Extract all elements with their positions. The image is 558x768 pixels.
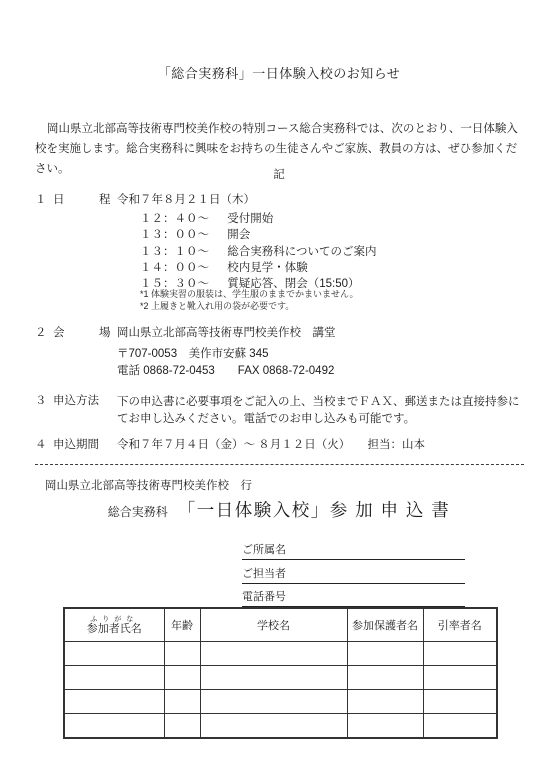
venue-address-block: 〒707-0053 美作市安蘇 345 電話 0868-72-0453 FAX … xyxy=(117,346,334,379)
form-field-contact-person: ご担当者 xyxy=(242,567,465,584)
table-cell-empty xyxy=(164,690,200,714)
venue-name: 岡山県立北部高等技術専門校美作校 講堂 xyxy=(117,326,336,340)
table-cell-empty xyxy=(423,714,497,739)
table-row xyxy=(64,714,497,739)
section-schedule: １ 日 程 令和７年８月２１日（木） xyxy=(35,193,255,207)
table-cell-empty xyxy=(64,690,164,714)
table-cell-empty xyxy=(64,714,164,739)
header-chaperone-name: 引率者名 xyxy=(423,608,497,642)
applicants-table: ふりがな 参加者氏名 年齢 学校名 参加保護者名 引率者名 xyxy=(63,607,498,739)
table-cell-empty xyxy=(200,690,347,714)
section-schedule-number: １ xyxy=(35,193,53,207)
schedule-date: 令和７年８月２１日（木） xyxy=(117,193,255,207)
application-period-text: 令和７年７月４日（金）～ ８月１２日（火） 担当：山本 xyxy=(117,438,425,452)
form-addressee-line: 岡山県立北部高等技術専門校美作校 行 xyxy=(45,477,252,493)
table-cell-empty xyxy=(64,666,164,690)
header-participant-name: ふりがな 参加者氏名 xyxy=(64,608,164,642)
form-field-label: 電話番号 xyxy=(242,591,286,603)
schedule-label: 総合実務科についてのご案内 xyxy=(227,246,376,258)
schedule-item: １３：００～ 開会 xyxy=(140,227,376,243)
document-page: 「総合実務科」一日体験入校のお知らせ 岡山県立北部高等技術専門校美作校の特別コー… xyxy=(0,0,558,768)
section-venue: ２ 会 場 岡山県立北部高等技術専門校美作校 講堂 xyxy=(35,326,336,340)
section-schedule-label: 日 程 xyxy=(53,193,117,207)
schedule-time: １４：００～ xyxy=(140,260,224,276)
form-field-label: ご所属名 xyxy=(242,544,286,556)
table-cell-empty xyxy=(200,714,347,739)
document-title: 「総合実務科」一日体験入校のお知らせ xyxy=(0,63,558,82)
section-application-period: ４ 申込期間 令和７年７月４日（金）～ ８月１２日（火） 担当：山本 xyxy=(35,438,425,452)
schedule-time: １３：００～ xyxy=(140,227,224,243)
cut-line-dashed-separator xyxy=(35,464,524,465)
section-venue-label: 会 場 xyxy=(53,326,117,340)
section-method-label: 申込方法 xyxy=(53,394,117,427)
table-cell-empty xyxy=(164,666,200,690)
table-cell-empty xyxy=(200,642,347,666)
form-fill-in-fields: ご所属名 ご担当者 電話番号 xyxy=(242,543,465,614)
form-title-main: 「一日体験入校」参 加 申 込 書 xyxy=(178,500,450,520)
furigana-ruby: ふりがな xyxy=(65,616,164,623)
table-row xyxy=(64,642,497,666)
schedule-item: １３：１０～ 総合実務科についてのご案内 xyxy=(140,244,376,260)
schedule-label: 開会 xyxy=(227,229,250,241)
form-title-course-name: 総合実務科 xyxy=(108,505,168,519)
table-cell-empty xyxy=(64,642,164,666)
schedule-notes: *1 体験実習の服装は、学生服のままでかまいません。 *2 上履きと靴入れ用の袋… xyxy=(140,288,359,313)
application-form-title: 総合実務科「一日体験入校」参 加 申 込 書 xyxy=(0,497,558,525)
schedule-item: １２：４０～ 受付開始 xyxy=(140,211,376,227)
table-cell-empty xyxy=(423,666,497,690)
section-venue-number: ２ xyxy=(35,326,53,340)
venue-phone-fax: 電話 0868-72-0453 FAX 0868-72-0492 xyxy=(117,363,334,380)
schedule-time: １３：１０～ xyxy=(140,244,224,260)
header-label: 参加者氏名 xyxy=(65,623,164,635)
section-period-label: 申込期間 xyxy=(53,438,117,452)
header-age: 年齢 xyxy=(164,608,200,642)
application-method-text: 下の申込書に必要事項をご記入の上、当校までＦＡＸ、郵送または直接持参にてお申し込… xyxy=(117,394,525,427)
schedule-item: １４：００～ 校内見学・体験 xyxy=(140,260,376,276)
form-field-phone-number: 電話番号 xyxy=(242,590,465,607)
table-cell-empty xyxy=(423,642,497,666)
form-field-affiliation: ご所属名 xyxy=(242,543,465,560)
schedule-time: １２：４０～ xyxy=(140,211,224,227)
form-field-label: ご担当者 xyxy=(242,568,286,580)
table-row xyxy=(64,666,497,690)
ki-marker: 記 xyxy=(0,166,558,182)
schedule-label: 受付開始 xyxy=(227,213,273,225)
table-cell-empty xyxy=(347,666,423,690)
table-cell-empty xyxy=(347,690,423,714)
table-cell-empty xyxy=(347,714,423,739)
table-cell-empty xyxy=(164,714,200,739)
table-cell-empty xyxy=(164,642,200,666)
table-cell-empty xyxy=(347,642,423,666)
schedule-timetable: １２：４０～ 受付開始 １３：００～ 開会 １３：１０～ 総合実務科についてのご… xyxy=(140,211,376,292)
header-school-name: 学校名 xyxy=(200,608,347,642)
schedule-note: *2 上履きと靴入れ用の袋が必要です。 xyxy=(140,300,359,312)
table-cell-empty xyxy=(423,690,497,714)
table-row xyxy=(64,690,497,714)
section-method-number: ３ xyxy=(35,394,53,427)
venue-postal-address: 〒707-0053 美作市安蘇 345 xyxy=(117,346,334,363)
table-header-row: ふりがな 参加者氏名 年齢 学校名 参加保護者名 引率者名 xyxy=(64,608,497,642)
schedule-label: 校内見学・体験 xyxy=(227,262,308,274)
table-cell-empty xyxy=(200,666,347,690)
schedule-note: *1 体験実習の服装は、学生服のままでかまいません。 xyxy=(140,288,359,300)
section-application-method: ３ 申込方法 下の申込書に必要事項をご記入の上、当校までＦＡＸ、郵送または直接持… xyxy=(35,394,525,427)
header-guardian-name: 参加保護者名 xyxy=(347,608,423,642)
section-period-number: ４ xyxy=(35,438,53,452)
